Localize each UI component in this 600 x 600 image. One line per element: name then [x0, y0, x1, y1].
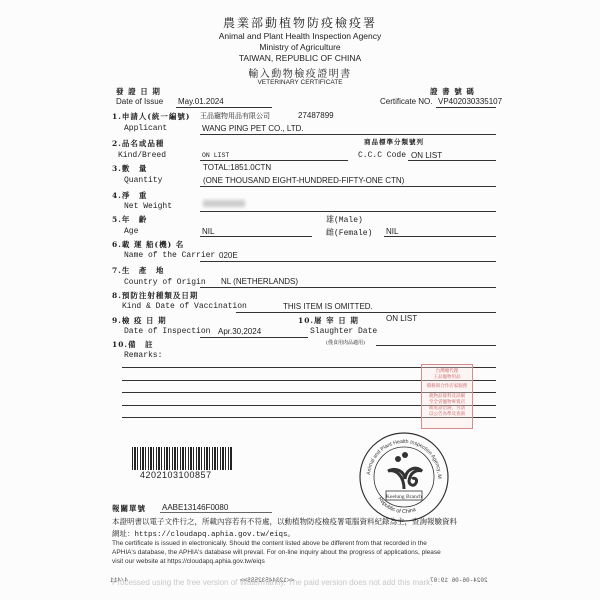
carrier-label: Name of the Carrier: [124, 251, 215, 260]
origin-value: NL (NETHERLANDS): [221, 277, 298, 286]
vaccination-label-zh: 8.預防注射種類及日期: [112, 290, 198, 301]
issue-date-label: Date of Issue: [116, 97, 163, 106]
origin-label-zh: 7.生 產 地: [112, 265, 164, 276]
veterinary-certificate: 農業部動植物防疫檢疫署 Animal and Plant Health Insp…: [0, 0, 600, 600]
issue-date-value: May.01.2024: [178, 97, 224, 106]
quantity-words: (ONE THOUSAND EIGHT-HUNDRED-FIFTY-ONE CT…: [203, 176, 404, 185]
barcode: [132, 447, 232, 470]
slaughter-value: ON LIST: [386, 314, 417, 323]
footer-note-en-2: APHIA's database, the APHIA's database w…: [112, 549, 441, 556]
footer-note-zh-1: 本證明書以電子文件行之，所載內容若有不符處，以動植物防疫檢疫署電腦資料紀錄為主，…: [112, 516, 457, 527]
issue-date-label-zh: 發 證 日 期: [116, 86, 161, 97]
quantity-total: TOTAL:1851.0CTN: [203, 163, 271, 172]
ccc-label-zh: 商品標準分類號列: [364, 137, 424, 146]
ministry-name: Ministry of Agriculture: [0, 42, 600, 52]
country-name: TAIWAN, REPUBLIC OF CHINA: [0, 53, 600, 63]
applicant-id: 27487899: [298, 111, 334, 120]
slaughter-label: Slaughter Date: [310, 327, 377, 336]
slaughter-note: (僅食用肉品適用): [326, 339, 365, 346]
net-weight-label-zh: 4.淨 重: [112, 190, 147, 201]
kind-label-zh: 2.品名或品種: [112, 138, 164, 149]
remarks-label-zh: 10.備 註: [112, 339, 154, 350]
age-label-zh: 5.年 齡: [112, 214, 147, 225]
kind-label: Kind/Breed: [118, 151, 166, 160]
watermark-text: Processed using the free version of Wate…: [112, 578, 432, 587]
agency-name-en: Animal and Plant Health Inspection Agenc…: [0, 31, 600, 41]
cert-no-label: Certificate NO.: [380, 97, 432, 106]
certificate-title-zh: 輸入動物檢疫證明書: [0, 65, 600, 80]
applicant-label: Applicant: [124, 124, 167, 133]
male-label: 雄(Male): [326, 214, 363, 225]
quantity-label: Quantity: [124, 176, 162, 185]
kind-value: ON LIST: [202, 152, 229, 159]
inspection-label-zh: 9.檢 疫 日 期: [112, 315, 167, 326]
footer-note-en-1: The certificate is issued in electronica…: [112, 540, 427, 547]
ccc-label: C.C.C Code: [358, 151, 406, 160]
agency-name-zh: 農業部動植物防疫檢疫署: [0, 14, 600, 31]
age-label: Age: [124, 227, 138, 236]
carrier-label-zh: 6.載 運 船(機) 名: [112, 239, 184, 250]
vaccination-label: Kind & Date of Vaccination: [122, 302, 247, 311]
quantity-label-zh: 3.數 量: [112, 163, 147, 174]
ccc-value: ON LIST: [411, 151, 442, 160]
vaccination-value: THIS ITEM IS OMITTED.: [283, 302, 373, 311]
distributor-stamp: 台灣總代理 王品寵物用品 價格與合作店家服務 就物品資料及詳細 至全省寵物專賣店…: [421, 364, 473, 429]
certificate-title-en: VETERINARY CERTIFICATE: [0, 79, 600, 86]
footer-note-zh-2: 網址：https://cloudapq.aphia.gov.tw/eiqs。: [112, 528, 295, 539]
sex-value: NIL: [386, 227, 398, 236]
inspection-value: Apr.30,2024: [218, 327, 261, 336]
official-seal-icon: Animal and Plant Health Inspection Agenc…: [358, 431, 450, 523]
applicant-value: WANG PING PET CO., LTD.: [202, 124, 304, 133]
carrier-value: 020E: [219, 251, 238, 260]
net-weight-label: Net Weight: [124, 202, 172, 211]
slaughter-label-zh: 10.屠 宰 日 期: [298, 315, 359, 326]
remarks-label: Remarks:: [124, 351, 162, 360]
cert-no-value: VP402030335107: [438, 97, 502, 106]
female-label: 雌(Female): [326, 227, 372, 238]
svg-text:Keelung Branch: Keelung Branch: [386, 494, 422, 500]
origin-label: Country of Origin: [124, 278, 206, 287]
footer-note-en-3: visit our website at https://cloudapq.ap…: [112, 558, 265, 565]
barcode-number: 4202103100857: [140, 470, 212, 480]
customs-value: AABE13146F0080: [162, 503, 228, 512]
net-weight-redacted: [203, 200, 245, 207]
applicant-name-zh: 王品寵物用品有限公司: [200, 111, 270, 121]
cert-no-label-zh: 證 書 號 碼: [430, 86, 475, 97]
age-value: NIL: [202, 227, 214, 236]
customs-label: 報關單號: [112, 503, 146, 514]
applicant-label-zh: 1.申請人(統一編號): [112, 111, 190, 122]
inspection-label: Date of Inspection: [124, 327, 210, 336]
page-timestamp: 2024-06-06 19:07: [430, 577, 488, 584]
